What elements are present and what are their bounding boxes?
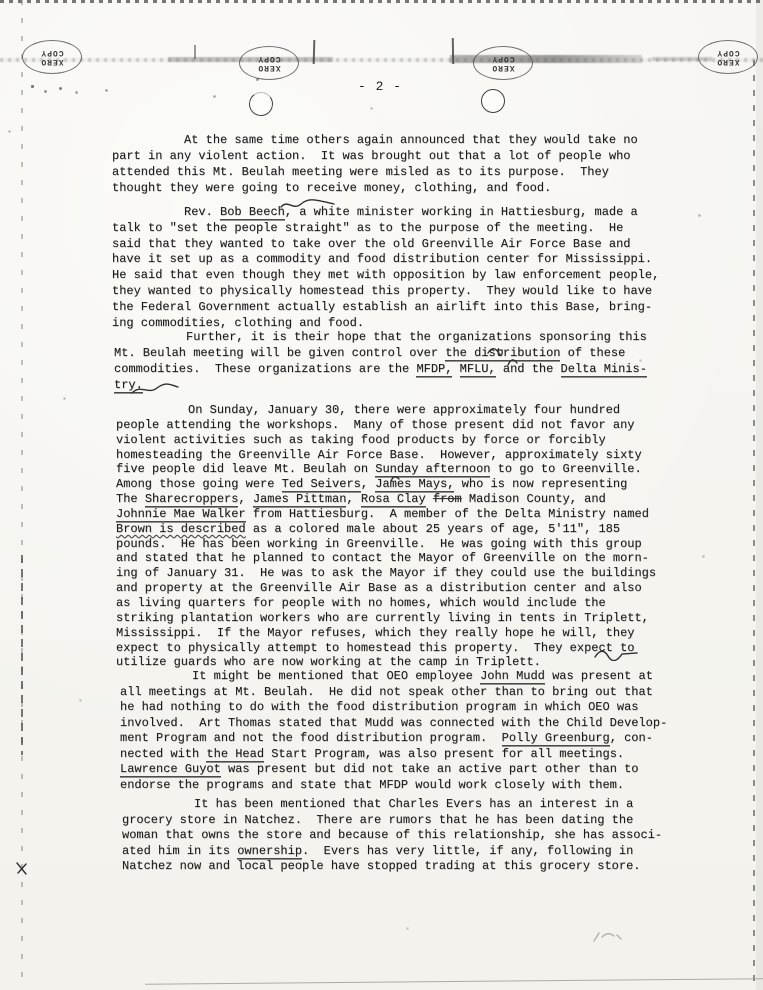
text-line: try.: [114, 378, 647, 394]
paragraph-sunday-workshops: On Sunday, January 30, there were approx…: [116, 403, 656, 670]
handwritten-caret-mark: [486, 344, 504, 356]
pen-underline: Polly Greenburg: [502, 731, 610, 745]
text-line: expect to physically attempt to homestea…: [116, 641, 656, 656]
text-line: woman that owns the store and because of…: [122, 828, 662, 844]
stamp-text: XERO: [491, 63, 514, 72]
pen-underline: Rosa Clay: [361, 492, 426, 506]
scan-bottom-edge-artifact: [145, 978, 763, 984]
pen-underline: MFLU,: [460, 362, 496, 376]
handwritten-pen-swoosh: [592, 645, 640, 661]
text-line: endorse the programs and state that MFDP…: [120, 778, 667, 794]
hole-punch-circle: [481, 89, 505, 113]
text-line: Johnnie Mae Walker from Hattiesburg. A m…: [116, 507, 656, 522]
scan-noise-specks: [0, 0, 1, 1]
text-line: and stated that he planned to contact th…: [116, 551, 656, 566]
stamp-text: XERO: [716, 57, 739, 66]
handwritten-curl-mark: [389, 473, 401, 483]
text-line: Mississippi. If the Mayor refuses, which…: [116, 626, 656, 641]
scan-right-edge-artifact: [753, 60, 755, 990]
text-line: violent activities such as taking food p…: [116, 433, 656, 448]
text-line: On Sunday, January 30, there were approx…: [116, 403, 656, 418]
scan-left-edge-artifact: [21, 555, 23, 755]
text-line: as living quarters for people with no ho…: [116, 596, 656, 611]
xero-copy-stamp: XERO COPY: [702, 44, 754, 70]
text-line: part in any violent action. It was broug…: [112, 149, 638, 165]
text-line: and property at the Greenville Air Base …: [116, 581, 656, 596]
copier-smudge-band: [0, 58, 763, 62]
text-line: Mt. Beulah meeting will be given control…: [114, 346, 647, 362]
text-line: have it set up as a commodity and food d…: [112, 252, 659, 268]
copier-tick-mark: [452, 38, 454, 64]
text-line: ing commodities, clothing and food.: [112, 316, 659, 332]
text-line: talk to "set the people straight" as to …: [112, 221, 659, 237]
text-line: he had nothing to do with the food distr…: [120, 700, 667, 716]
hole-punch-circle: [247, 90, 274, 117]
handwritten-x-mark: [15, 861, 29, 876]
text-line: people attending the workshops. Many of …: [116, 418, 656, 433]
xero-copy-stamp: XERO COPY: [477, 50, 529, 76]
scan-top-edge-artifact: [0, 0, 763, 3]
pen-underline: Delta Minis-: [561, 362, 647, 376]
paragraph-announcement: At the same time others again announced …: [112, 133, 638, 197]
text-line: the Federal Government actually establis…: [112, 300, 659, 316]
pen-underline: Ted Seivers: [282, 477, 361, 491]
text-line: homesteading the Greenville Air Force Ba…: [116, 448, 656, 463]
stamp-text: COPY: [491, 54, 514, 63]
text-line: Rev. Bob Beech, a white minister working…: [112, 205, 659, 221]
text-line: striking plantation workers who are curr…: [116, 611, 656, 626]
text-line: involved. Art Thomas stated that Mudd wa…: [120, 716, 667, 732]
stamp-text: COPY: [257, 54, 280, 63]
text-line: Natchez now and local people have stoppe…: [122, 859, 662, 875]
text-line: ment Program and not the food distributi…: [120, 731, 667, 747]
stamp-text: COPY: [716, 48, 739, 57]
copier-tick-mark: [194, 45, 196, 59]
faint-pencil-smudge: [590, 927, 624, 947]
text-line: they wanted to physically homestead this…: [112, 284, 659, 300]
pen-underline: the Head: [206, 747, 264, 761]
paragraph-organizations: Further, it is their hope that the organ…: [114, 330, 647, 394]
xero-copy-stamp: XERO COPY: [243, 50, 295, 76]
paragraph-oeo-john-mudd: It might be mentioned that OEO employee …: [120, 669, 667, 793]
handwritten-pen-swoosh: [129, 381, 181, 397]
scan-left-edge-artifact: [21, 0, 23, 990]
text-line: attended this Mt. Beulah meeting were mi…: [112, 165, 638, 181]
text-line: ing of January 31. He was to ask the May…: [116, 566, 656, 581]
handwritten-pen-swoosh: [278, 196, 338, 214]
text-line: all meetings at Mt. Beulah. He did not s…: [120, 685, 667, 701]
text-line: The Sharecroppers, James Pittman, Rosa C…: [116, 492, 656, 507]
stamp-text: XERO: [40, 57, 63, 66]
text-line: He said that even though they met with o…: [112, 268, 659, 284]
handwritten-curl-mark: [506, 355, 520, 368]
text-line: five people did leave Mt. Beulah on Sund…: [116, 462, 656, 477]
text-line: commodities. These organizations are the…: [114, 362, 647, 378]
text-line: nected with the Head Start Program, was …: [120, 747, 667, 763]
pen-underline: Brown is described: [116, 522, 246, 536]
paragraph-rev-bob-beech: Rev. Bob Beech, a white minister working…: [112, 205, 659, 331]
stamp-text: COPY: [40, 48, 63, 57]
text-line: utilize guards who are now working at th…: [116, 655, 656, 670]
pen-underline: James Pittman: [253, 492, 347, 506]
pen-underline: ownership: [237, 844, 302, 858]
pen-underline: Johnnie Mae Walker: [116, 507, 246, 521]
pen-underline: MFDP,: [416, 362, 452, 376]
text-line: It might be mentioned that OEO employee …: [120, 669, 667, 685]
stamp-text: XERO: [257, 63, 280, 72]
text-line: Lawrence Guyot was present but did not t…: [120, 762, 667, 778]
xero-copy-stamp: XERO COPY: [26, 44, 78, 70]
text-line: grocery store in Natchez. There are rumo…: [122, 813, 662, 829]
pen-underline: James Mays,: [375, 477, 454, 491]
text-line: Among those going were Ted Seivers, Jame…: [116, 477, 656, 492]
pen-underline: John Mudd: [480, 669, 545, 683]
scanned-document-page: XERO COPY XERO COPY XERO COPY XERO COPY …: [0, 0, 763, 990]
text-line: It has been mentioned that Charles Evers…: [122, 797, 662, 813]
text-line: Brown is described as a colored male abo…: [116, 522, 656, 537]
page-number: - 2 -: [340, 79, 420, 94]
text-line: thought they were going to receive money…: [112, 181, 638, 197]
text-line: pounds. He has been working in Greenvill…: [116, 537, 656, 552]
paragraph-charles-evers: It has been mentioned that Charles Evers…: [122, 797, 662, 875]
pen-underline: Bob Beech: [220, 205, 285, 219]
text-line: Further, it is their hope that the organ…: [114, 330, 647, 346]
text-line: said that they wanted to take over the o…: [112, 237, 659, 253]
scan-right-shadow: [756, 0, 763, 990]
pen-strikethrough: from: [433, 492, 462, 506]
pen-underline: Sharecroppers: [145, 492, 239, 506]
text-line: ated him in its ownership. Evers has ver…: [122, 844, 662, 860]
pen-underline: Lawrence Guyot: [120, 762, 221, 776]
text-line: At the same time others again announced …: [112, 133, 638, 149]
